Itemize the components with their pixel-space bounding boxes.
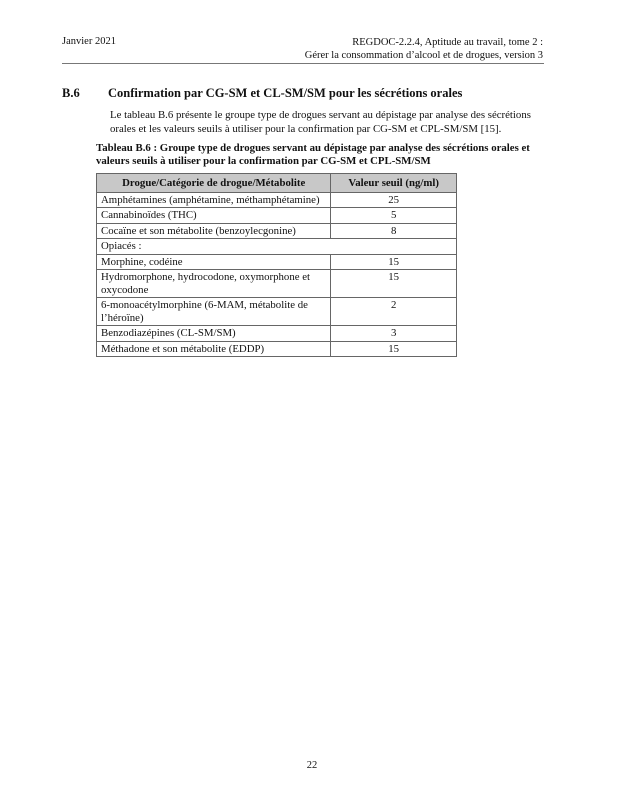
column-header-cutoff: Valeur seuil (ng/ml)	[331, 174, 457, 193]
drug-cell: Méthadone et son métabolite (EDDP)	[97, 341, 331, 357]
cutoff-values-table: Drogue/Catégorie de drogue/Métabolite Va…	[96, 173, 457, 357]
table-body: Amphétamines (amphétamine, méthamphétami…	[97, 192, 457, 357]
table-row: Benzodiazépines (CL-SM/SM)3	[97, 326, 457, 342]
cutoff-value-cell: 15	[331, 341, 457, 357]
page-number: 22	[0, 760, 624, 771]
table-row: Cannabinoïdes (THC)5	[97, 208, 457, 224]
table-row: Méthadone et son métabolite (EDDP)15	[97, 341, 457, 357]
cutoff-value-cell: 5	[331, 208, 457, 224]
header-doc-line-2: Gérer la consommation d’alcool et de dro…	[305, 49, 543, 62]
header-date: Janvier 2021	[62, 36, 116, 47]
cutoff-value-cell: 15	[331, 254, 457, 270]
drug-cell: Cannabinoïdes (THC)	[97, 208, 331, 224]
table-caption: Tableau B.6 : Groupe type de drogues ser…	[96, 142, 556, 168]
drug-cell: Benzodiazépines (CL-SM/SM)	[97, 326, 331, 342]
table-row: Cocaïne et son métabolite (benzoylecgoni…	[97, 223, 457, 239]
section-title: Confirmation par CG-SM et CL-SM/SM pour …	[108, 86, 462, 101]
drug-cell: 6-monoacétylmorphine (6-MAM, métabolite …	[97, 298, 331, 326]
cutoff-value-cell: 2	[331, 298, 457, 326]
cutoff-value-cell: 25	[331, 192, 457, 208]
section-number: B.6	[62, 86, 80, 101]
table-row: Morphine, codéine15	[97, 254, 457, 270]
table-header-row: Drogue/Catégorie de drogue/Métabolite Va…	[97, 174, 457, 193]
cutoff-value-cell: 8	[331, 223, 457, 239]
cutoff-value-cell: 3	[331, 326, 457, 342]
column-header-drug: Drogue/Catégorie de drogue/Métabolite	[97, 174, 331, 193]
drug-cell: Cocaïne et son métabolite (benzoylecgoni…	[97, 223, 331, 239]
cutoff-value-cell: 15	[331, 270, 457, 298]
table-row: Hydromorphone, hydrocodone, oxymorphone …	[97, 270, 457, 298]
table-group-row: Opiacés :	[97, 239, 457, 255]
drug-cell: Hydromorphone, hydrocodone, oxymorphone …	[97, 270, 331, 298]
header-document-title: REGDOC-2.2.4, Aptitude au travail, tome …	[305, 36, 543, 62]
header-divider	[62, 63, 544, 64]
group-label: Opiacés :	[97, 239, 457, 255]
section-paragraph: Le tableau B.6 présente le groupe type d…	[110, 108, 550, 136]
table-row: Amphétamines (amphétamine, méthamphétami…	[97, 192, 457, 208]
drug-cell: Amphétamines (amphétamine, méthamphétami…	[97, 192, 331, 208]
table-row: 6-monoacétylmorphine (6-MAM, métabolite …	[97, 298, 457, 326]
header-doc-line-1: REGDOC-2.2.4, Aptitude au travail, tome …	[305, 36, 543, 49]
drug-cell: Morphine, codéine	[97, 254, 331, 270]
